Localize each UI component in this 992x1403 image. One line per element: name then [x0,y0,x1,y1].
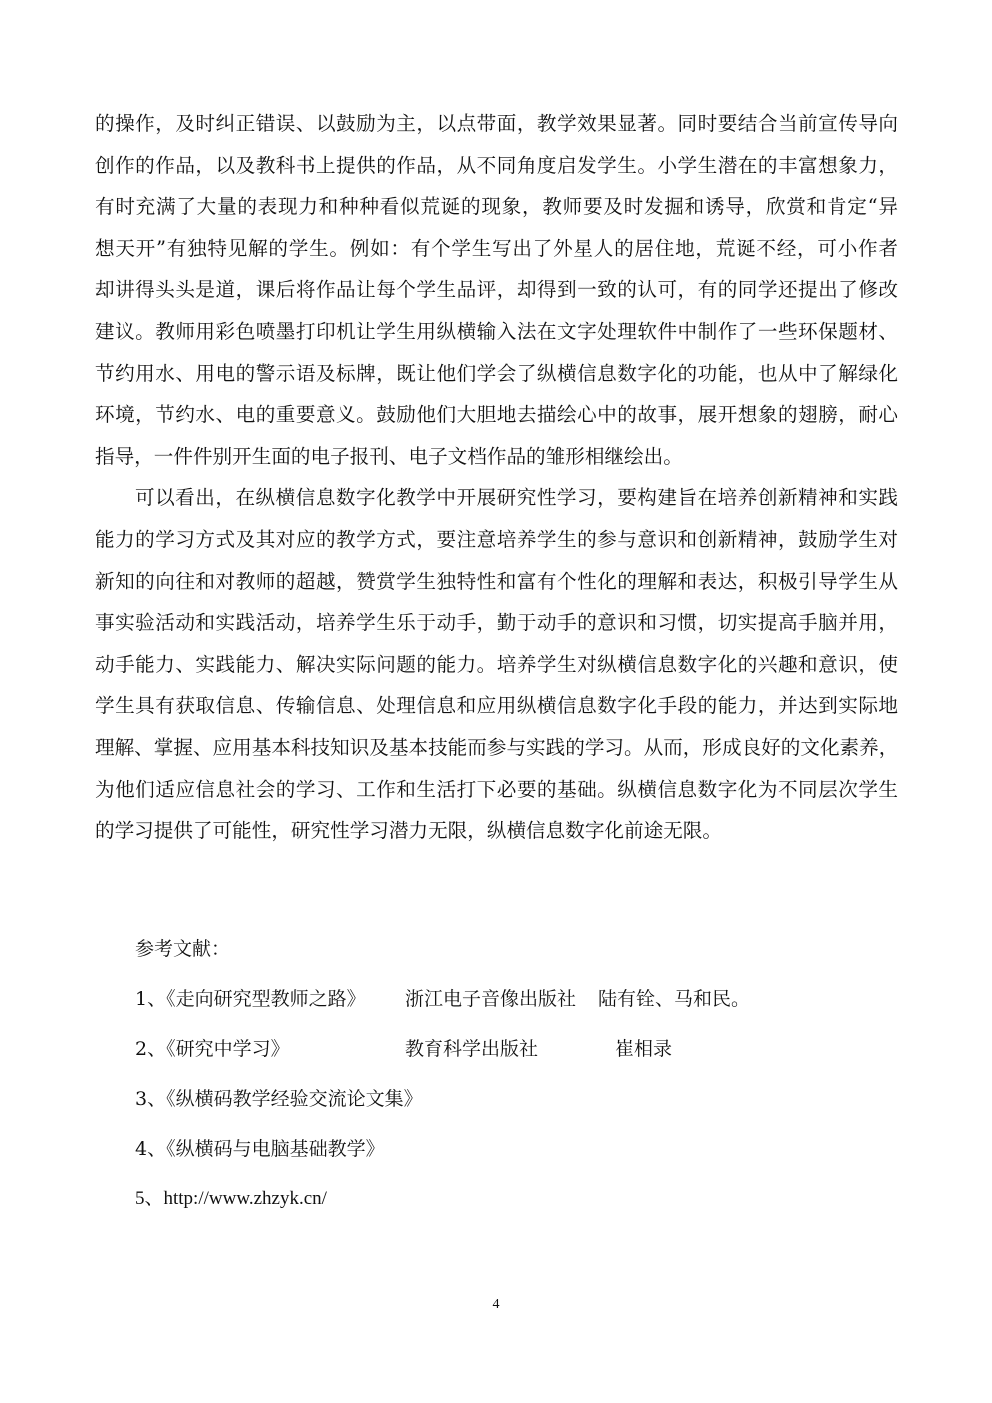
text-line: 却讲得头头是道，课后将作品让每个学生品评，却得到一致的认可，有的同学还提出了修改 [95,269,898,311]
text-line: 的学习提供了可能性，研究性学习潜力无限，纵横信息数字化前途无限。 [95,810,898,852]
text-line: 指导，一件件别开生面的电子报刊、电子文档作品的雏形相继绘出。 [95,436,898,478]
body-text: 的操作，及时纠正错误、以鼓励为主，以点带面，教学效果显著。同时要结合当前宣传导向… [95,103,898,852]
reference-title: 1、《走向研究型教师之路》 [135,978,366,1020]
reference-item-5: 5、http://www.zhzyk.cn/ [135,1178,895,1228]
text-line: 有时充满了大量的表现力和种种看似荒诞的现象，教师要及时发掘和诱导，欣赏和肯定“异 [95,186,898,228]
reference-title: 4、《纵横码与电脑基础教学》 [135,1128,385,1170]
page-number: 4 [0,1297,992,1313]
reference-publisher: 教育科学出版社 [405,1028,538,1070]
text-line: 环境，节约水、电的重要意义。鼓励他们大胆地去描绘心中的故事，展开想象的翅膀，耐心 [95,394,898,436]
reference-author: 崔相录 [615,1028,672,1070]
references-heading: 参考文献： [135,928,895,970]
reference-author: 陆有铨、马和民。 [598,978,750,1020]
text-line: 的操作，及时纠正错误、以鼓励为主，以点带面，教学效果显著。同时要结合当前宣传导向 [95,103,898,145]
text-line: 事实验活动和实践活动，培养学生乐于动手，勤于动手的意识和习惯，切实提高手脑并用， [95,602,898,644]
paragraph-1: 的操作，及时纠正错误、以鼓励为主，以点带面，教学效果显著。同时要结合当前宣传导向… [95,103,898,477]
text-line: 创作的作品，以及教科书上提供的作品，从不同角度启发学生。小学生潜在的丰富想象力， [95,145,898,187]
document-page: 的操作，及时纠正错误、以鼓励为主，以点带面，教学效果显著。同时要结合当前宣传导向… [0,0,992,1403]
paragraph-2: 可以看出，在纵横信息数字化教学中开展研究性学习，要构建旨在培养创新精神和实践 能… [95,477,898,851]
reference-item-2: 2、《研究中学习》 教育科学出版社 崔相录 [135,1028,895,1078]
text-line: 可以看出，在纵横信息数字化教学中开展研究性学习，要构建旨在培养创新精神和实践 [95,477,898,519]
reference-publisher: 浙江电子音像出版社 [405,978,576,1020]
reference-item-1: 1、《走向研究型教师之路》 浙江电子音像出版社 陆有铨、马和民。 [135,978,895,1028]
text-line: 建议。教师用彩色喷墨打印机让学生用纵横输入法在文字处理软件中制作了一些环保题材、 [95,311,898,353]
text-line: 学生具有获取信息、传输信息、处理信息和应用纵横信息数字化手段的能力，并达到实际地 [95,685,898,727]
text-line: 理解、掌握、应用基本科技知识及基本技能而参与实践的学习。从而，形成良好的文化素养… [95,727,898,769]
reference-title: 2、《研究中学习》 [135,1028,290,1070]
text-line: 为他们适应信息社会的学习、工作和生活打下必要的基础。纵横信息数字化为不同层次学生 [95,769,898,811]
text-line: 动手能力、实践能力、解决实际问题的能力。培养学生对纵横信息数字化的兴趣和意识，使 [95,644,898,686]
reference-title: 3、《纵横码教学经验交流论文集》 [135,1078,423,1120]
references-section: 参考文献： 1、《走向研究型教师之路》 浙江电子音像出版社 陆有铨、马和民。 2… [135,928,895,1228]
text-line: 新知的向往和对教师的超越，赞赏学生独特性和富有个性化的理解和表达，积极引导学生从 [95,561,898,603]
reference-url: 5、http://www.zhzyk.cn/ [135,1178,327,1220]
reference-item-4: 4、《纵横码与电脑基础教学》 [135,1128,895,1178]
text-line: 节约用水、用电的警示语及标牌，既让他们学会了纵横信息数字化的功能，也从中了解绿化 [95,353,898,395]
reference-item-3: 3、《纵横码教学经验交流论文集》 [135,1078,895,1128]
text-line: 想天开”有独特见解的学生。例如：有个学生写出了外星人的居住地，荒诞不经，可小作者 [95,228,898,270]
text-line: 能力的学习方式及其对应的教学方式，要注意培养学生的参与意识和创新精神，鼓励学生对 [95,519,898,561]
